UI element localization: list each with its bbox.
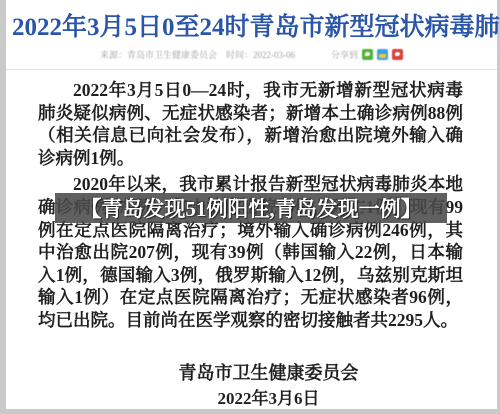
share-label: 分享到 [331,48,358,61]
page-title: 2022年3月5日0至24时青岛市新型冠状病毒肺炎疫情情况 [12,7,491,43]
caption-overlay-text: 【青岛发现51例阳性,青岛发现一例】 [80,193,421,223]
article-header: 2022年3月5日0至24时青岛市新型冠状病毒肺炎疫情情况 来源：青岛市卫生健康… [6,7,497,61]
signature-organization: 青岛市卫生健康委员会 [23,360,500,386]
signature-date: 2022年3月6日 [23,386,500,411]
article-footer: 青岛市卫生健康委员会 2022年3月6日 [23,360,500,411]
qzone-share-icon[interactable] [377,49,388,60]
article-page: 2022年3月5日0至24时青岛市新型冠状病毒肺炎疫情情况 来源：青岛市卫生健康… [6,0,497,409]
wechat-share-icon[interactable] [362,49,373,60]
caption-overlay-banner: 【青岛发现51例阳性,青岛发现一例】 [55,193,447,223]
paragraph-daily-report: 2022年3月5日0—24时，我市无新增新型冠状病毒肺炎疑似病例、无症状感染者；… [38,79,463,169]
article-meta-row: 来源：青岛市卫生健康委员会 时间：2022-03-06 分享到 [6,48,497,61]
meta-source-time: 来源：青岛市卫生健康委员会 时间：2022-03-06 [100,48,295,61]
weibo-share-icon[interactable] [392,49,403,60]
